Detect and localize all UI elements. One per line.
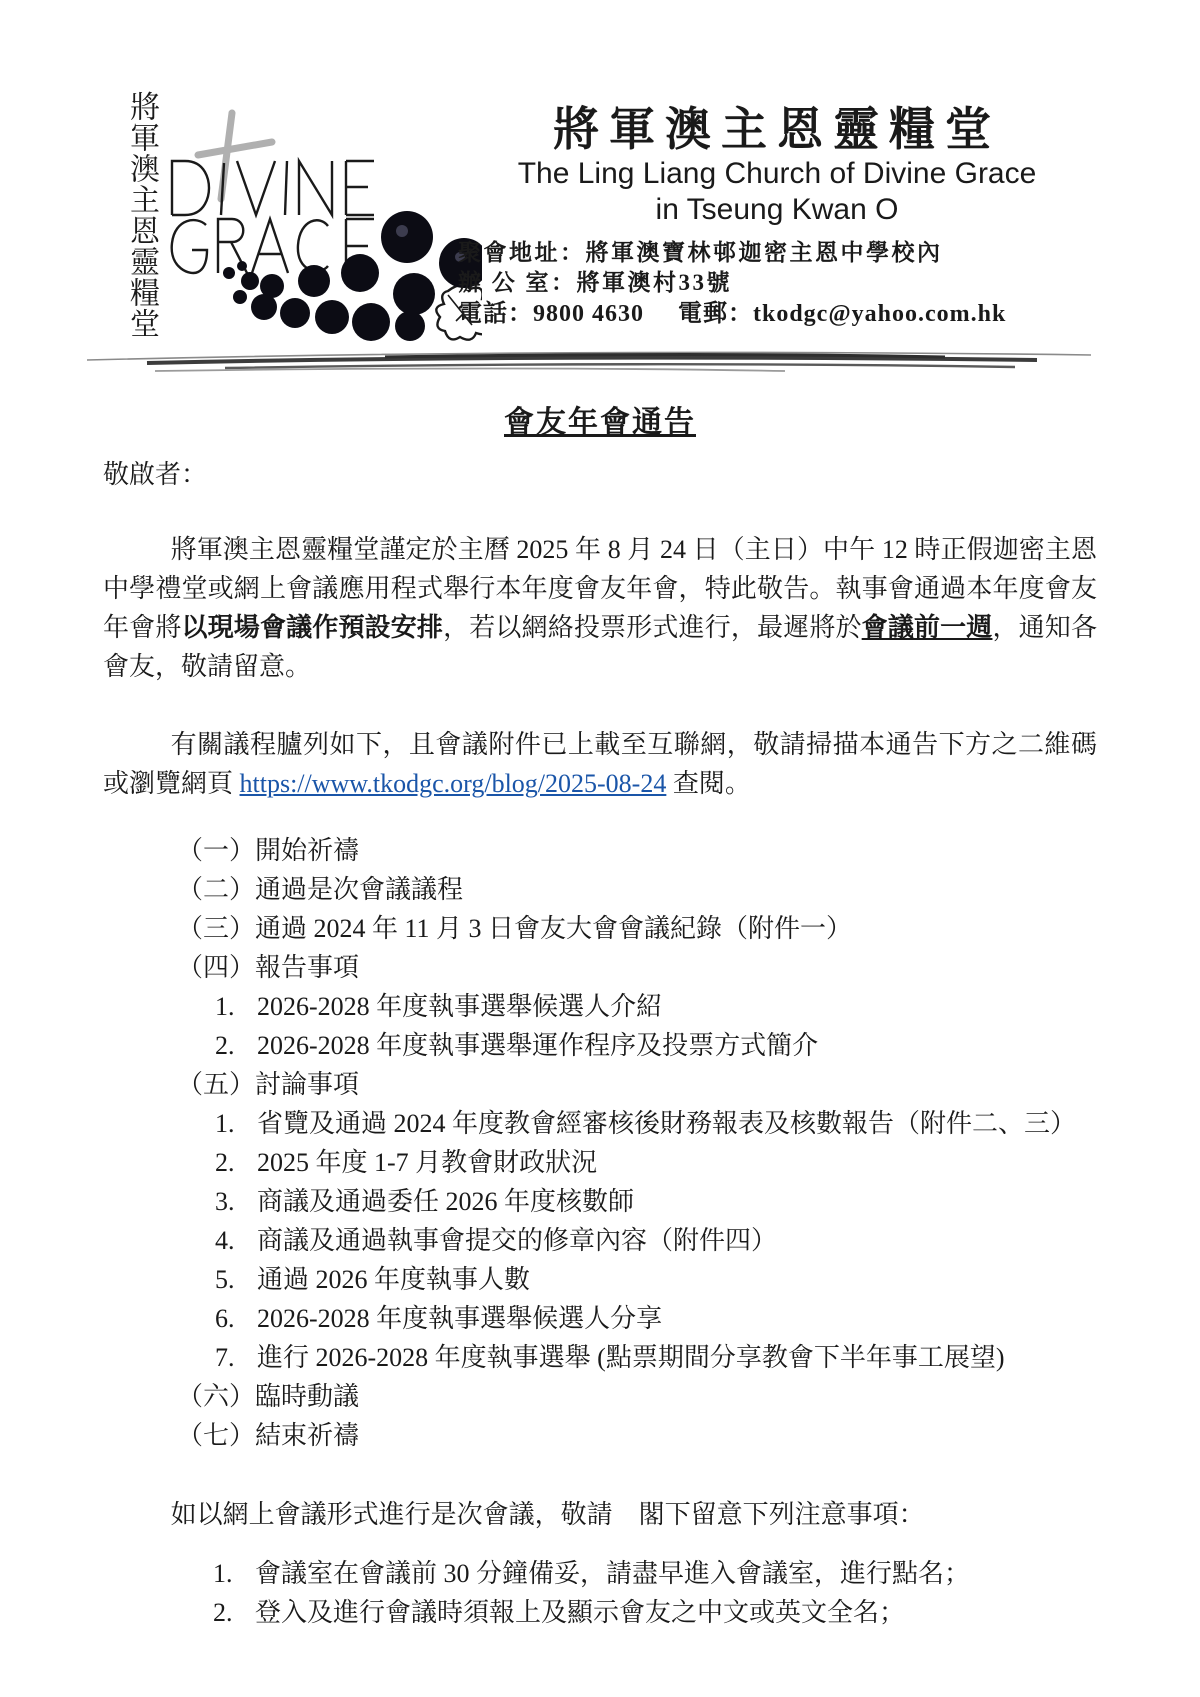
agenda-item-6: （六）臨時動議: [177, 1377, 1097, 1416]
note-item-2: 2.登入及進行會議時須報上及顯示會友之中文或英文全名；: [213, 1593, 1097, 1632]
paragraph-announcement: 將軍澳主恩靈糧堂謹定於主曆 2025 年 8 月 24 日（主日）中午 12 時…: [103, 530, 1097, 686]
para2-seg2: 查閱。: [666, 769, 751, 798]
agenda-item-2: （二）通過是次會議議程: [177, 870, 1097, 909]
agenda-subitem-5-6: 6.2026-2028 年度執事選舉候選人分享: [215, 1299, 1097, 1338]
agenda-list: （一）開始祈禱 （二）通過是次會議議程 （三）通過 2024 年 11 月 3 …: [177, 831, 1097, 1455]
agenda-item-marker: （二）: [177, 870, 255, 909]
subitem-number: 1.: [215, 987, 257, 1026]
subitem-text: 2025 年度 1-7 月教會財政狀況: [257, 1143, 1097, 1182]
subitem-number: 3.: [215, 1182, 257, 1221]
agenda-url-link[interactable]: https://www.tkodgc.org/blog/2025-08-24: [240, 769, 667, 798]
agenda-item-7: （七）結束祈禱: [177, 1416, 1097, 1455]
online-meeting-notes-list: 1.會議室在會議前 30 分鐘備妥，請盡早進入會議室，進行點名； 2.登入及進行…: [213, 1554, 1097, 1632]
para1-bold-week-before: 會議前一週: [862, 613, 993, 642]
online-meeting-notes-intro: 如以網上會議形式進行是次會議，敬請 閣下留意下列注意事項：: [103, 1495, 1097, 1534]
church-name-en-line2: in Tseung Kwan O: [452, 192, 1102, 228]
subitem-number: 5.: [215, 1260, 257, 1299]
agenda-item-text: 討論事項: [255, 1065, 1097, 1104]
note-text: 會議室在會議前 30 分鐘備妥，請盡早進入會議室，進行點名；: [255, 1554, 1097, 1593]
notice-page: 將軍澳主恩靈糧堂: [0, 0, 1200, 1697]
agenda-subitem-4-1: 1.2026-2028 年度執事選舉候選人介紹: [215, 987, 1097, 1026]
agenda-subitem-4-2: 2.2026-2028 年度執事選舉運作程序及投票方式簡介: [215, 1026, 1097, 1065]
agenda-item-marker: （三）: [177, 909, 255, 948]
divine-grace-logo: [152, 85, 482, 347]
office-address: 辦 公 室：將軍澳村33號: [458, 268, 1102, 298]
paragraph-agenda-intro: 有關議程臚列如下，且會議附件已上載至互聯網，敬請掃描本通告下方之二維碼或瀏覽網頁…: [103, 725, 1097, 803]
subitem-text: 商議及通過執事會提交的修章內容（附件四）: [257, 1221, 1097, 1260]
church-name-en-line1: The Ling Liang Church of Divine Grace: [452, 156, 1102, 192]
note-item-1: 1.會議室在會議前 30 分鐘備妥，請盡早進入會議室，進行點名；: [213, 1554, 1097, 1593]
subitem-text: 2026-2028 年度執事選舉運作程序及投票方式簡介: [257, 1026, 1097, 1065]
agenda-subitem-5-1: 1.省覽及通過 2024 年度教會經審核後財務報表及核數報告（附件二、三）: [215, 1104, 1097, 1143]
notice-body: 會友年會通告 敬啟者： 將軍澳主恩靈糧堂謹定於主曆 2025 年 8 月 24 …: [0, 400, 1200, 1632]
subitem-number: 6.: [215, 1299, 257, 1338]
subitem-text: 省覽及通過 2024 年度教會經審核後財務報表及核數報告（附件二、三）: [257, 1104, 1097, 1143]
agenda-subitem-5-4: 4.商議及通過執事會提交的修章內容（附件四）: [215, 1221, 1097, 1260]
note-text: 登入及進行會議時須報上及顯示會友之中文或英文全名；: [255, 1593, 1097, 1632]
agenda-subitem-5-7: 7.進行 2026-2028 年度執事選舉 (點票期間分享教會下半年事工展望): [215, 1338, 1097, 1377]
agenda-item-3: （三）通過 2024 年 11 月 3 日會友大會會議紀錄（附件一）: [177, 909, 1097, 948]
agenda-item-4: （四）報告事項: [177, 948, 1097, 987]
phone-email-line: 電話：9800 4630電郵：tkodgc@yahoo.com.hk: [458, 299, 1102, 331]
subitem-text: 通過 2026 年度執事人數: [257, 1260, 1097, 1299]
agenda-subitem-5-5: 5.通過 2026 年度執事人數: [215, 1260, 1097, 1299]
subitem-number: 2.: [215, 1026, 257, 1065]
agenda-item-text: 臨時動議: [255, 1377, 1097, 1416]
hand-drawn-divider: [0, 344, 1200, 374]
letterhead: 將軍澳主恩靈糧堂: [0, 85, 1200, 340]
meeting-address: 聚會地址：將軍澳寶林邨迦密主恩中學校內: [458, 238, 1102, 268]
church-name-zh: 將軍澳主恩靈糧堂: [452, 103, 1102, 156]
agenda-item-text: 結束祈禱: [255, 1416, 1097, 1455]
para1-seg2: ，若以網絡投票形式進行，最遲將於: [443, 613, 862, 642]
letterhead-right: 將軍澳主恩靈糧堂 The Ling Liang Church of Divine…: [452, 103, 1102, 330]
subitem-text: 商議及通過委任 2026 年度核數師: [257, 1182, 1097, 1221]
page-title: 會友年會通告: [103, 400, 1097, 445]
agenda-item-text: 開始祈禱: [255, 831, 1097, 870]
agenda-item-marker: （七）: [177, 1416, 255, 1455]
subitem-number: 2.: [215, 1143, 257, 1182]
para1-bold-default-arrangement: 以現場會議作預設安排: [181, 613, 443, 642]
agenda-item-marker: （五）: [177, 1065, 255, 1104]
agenda-item-marker: （一）: [177, 831, 255, 870]
agenda-subitem-5-3: 3.商議及通過委任 2026 年度核數師: [215, 1182, 1097, 1221]
agenda-item-text: 報告事項: [255, 948, 1097, 987]
note-number: 1.: [213, 1554, 255, 1593]
subitem-text: 2026-2028 年度執事選舉候選人分享: [257, 1299, 1097, 1338]
subitem-number: 4.: [215, 1221, 257, 1260]
logo-word-divine: [172, 161, 374, 215]
subitem-text: 2026-2028 年度執事選舉候選人介紹: [257, 987, 1097, 1026]
agenda-item-marker: （六）: [177, 1377, 255, 1416]
email-address: 電郵：tkodgc@yahoo.com.hk: [678, 301, 1006, 327]
subitem-number: 1.: [215, 1104, 257, 1143]
subitem-number: 7.: [215, 1338, 257, 1377]
phone-number: 電話：9800 4630: [458, 301, 644, 327]
note-number: 2.: [213, 1593, 255, 1632]
contact-block: 聚會地址：將軍澳寶林邨迦密主恩中學校內 辦 公 室：將軍澳村33號 電話：980…: [452, 238, 1102, 330]
agenda-item-marker: （四）: [177, 948, 255, 987]
agenda-item-5: （五）討論事項: [177, 1065, 1097, 1104]
subitem-text: 進行 2026-2028 年度執事選舉 (點票期間分享教會下半年事工展望): [257, 1338, 1097, 1377]
agenda-subitem-5-2: 2.2025 年度 1-7 月教會財政狀況: [215, 1143, 1097, 1182]
agenda-item-text: 通過 2024 年 11 月 3 日會友大會會議紀錄（附件一）: [255, 909, 1097, 948]
salutation: 敬啟者：: [103, 455, 1097, 494]
agenda-item-text: 通過是次會議議程: [255, 870, 1097, 909]
agenda-item-1: （一）開始祈禱: [177, 831, 1097, 870]
